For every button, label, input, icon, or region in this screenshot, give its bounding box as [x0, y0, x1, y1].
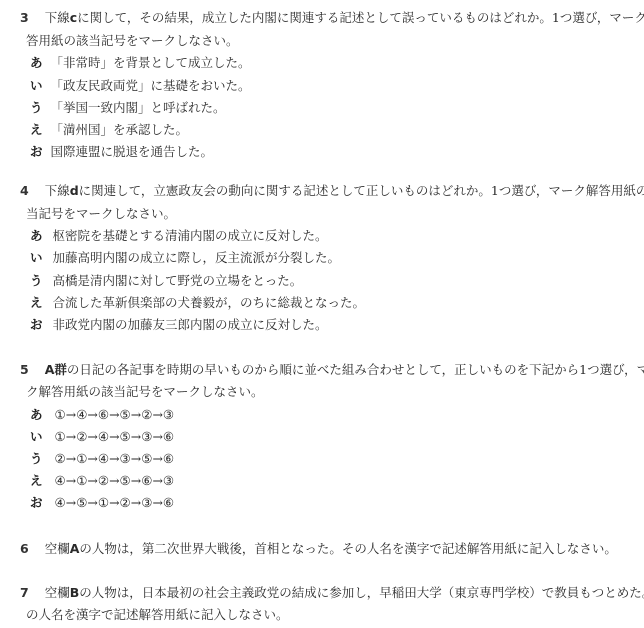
choice-a[interactable]: あ枢密院を基礎とする清浦内閣の成立に反対した。 [30, 228, 328, 244]
question-7-prompt-cont: の人名を漢字で記述解答用紙に記入しなさい。 [26, 607, 289, 623]
underline-mark: d [70, 183, 79, 198]
question-number: 5 [20, 362, 29, 377]
choice-e[interactable]: え「満州国」を承認した。 [30, 122, 188, 138]
question-5-prompt: 5 A群の日記の各記事を時期の早いものから順に並べた組み合わせとして，正しいもの… [20, 362, 644, 378]
choice-e[interactable]: え合流した革新倶楽部の犬養毅が，のちに総裁となった。 [30, 295, 365, 311]
choice-i[interactable]: い「政友民政両党」に基礎をおいた。 [30, 78, 251, 94]
blank-mark: A [70, 541, 80, 556]
question-number: 6 [20, 541, 29, 556]
question-5-prompt-cont: ク解答用紙の該当記号をマークしなさい。 [26, 384, 264, 400]
question-7-prompt: 7 空欄Bの人物は，日本最初の社会主義政党の結成に参加し，早稲田大学（東京専門学… [20, 585, 644, 601]
question-3-prompt: 3 下線cに関して，その結果，成立した内閣に関連する記述として誤っているものはど… [20, 10, 644, 26]
question-number: 4 [20, 183, 29, 198]
underline-mark: c [70, 10, 77, 25]
question-6-prompt: 6 空欄Aの人物は，第二次世界大戦後，首相となった。その人名を漢字で記述解答用紙… [20, 541, 617, 557]
choice-u[interactable]: う高橋是清内閣に対して野党の立場をとった。 [30, 273, 302, 289]
question-4-prompt: 4 下線dに関連して，立憲政友会の動向に関する記述として正しいものはどれか。1つ… [20, 183, 644, 199]
choice-u[interactable]: う「挙国一致内閣」と呼ばれた。 [30, 100, 226, 116]
choice-o[interactable]: お非政党内閣の加藤友三郎内閣の成立に反対した。 [30, 317, 328, 333]
question-number: 7 [20, 585, 29, 600]
choice-a[interactable]: あ①→④→⑥→⑤→②→③ [30, 407, 174, 423]
choice-i[interactable]: い①→②→④→⑤→③→⑥ [30, 429, 174, 445]
choice-o[interactable]: お国際連盟に脱退を通告した。 [30, 144, 213, 160]
choice-a[interactable]: あ「非常時」を背景として成立した。 [30, 55, 251, 71]
choice-i[interactable]: い加藤高明内閣の成立に際し，反主流派が分裂した。 [30, 250, 340, 266]
blank-mark: B [70, 585, 80, 600]
group-a-mark: A群 [45, 362, 67, 377]
question-number: 3 [20, 10, 29, 25]
question-3-prompt-cont: 答用紙の該当記号をマークしなさい。 [26, 33, 239, 49]
choice-u[interactable]: う②→①→④→③→⑤→⑥ [30, 451, 174, 467]
choice-e[interactable]: え④→①→②→⑤→⑥→③ [30, 473, 174, 489]
question-4-prompt-cont: 当記号をマークしなさい。 [26, 206, 176, 222]
choice-o[interactable]: お④→⑤→①→②→③→⑥ [30, 495, 174, 511]
